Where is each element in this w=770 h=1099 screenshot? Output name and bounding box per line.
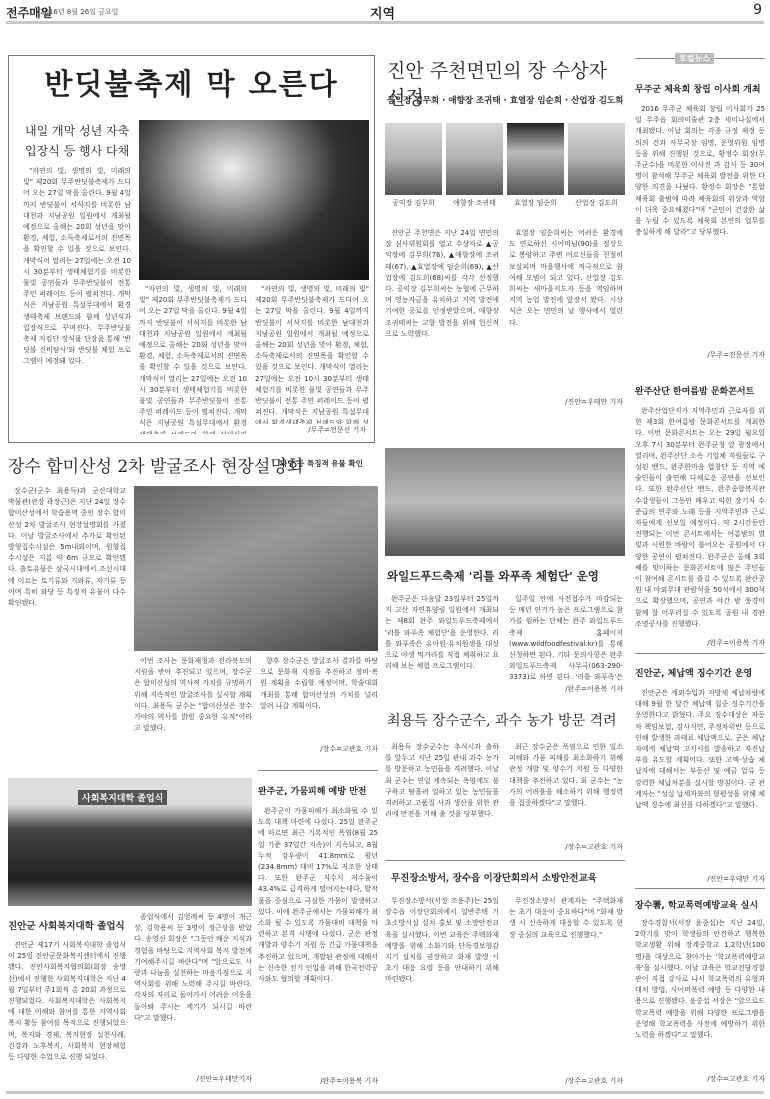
article-headline: 와일드푸드축제 '리틀 와푸족 체험단' 운영 xyxy=(387,568,599,584)
article-drought: 완주군, 가뭄피해 예방 만전 완주군이 가뭄피해가 최소화될 수 있도록 대책… xyxy=(258,764,378,1090)
article-body: "자연의 빛, 생명의 빛, 미래의 빛" 제20회 무주반딧불축제가 드디어 … xyxy=(23,166,131,436)
bottom-rule xyxy=(6,1091,764,1094)
article-body: 효열장 임순희씨는 어려운 환경에도 연로하신 시어머님(90)을 정성으로 봉… xyxy=(509,228,623,398)
portrait-photo xyxy=(385,123,442,195)
divider xyxy=(635,653,765,654)
article-body: 일주일 안에 사전접수가 마감되는 등 매년 인기가 높은 프로그램으로 참가를… xyxy=(509,594,623,682)
article-jinan-award: 진안 주천면민의 장 수상자 선정 공익장 김무희 · 애향장 조귀태 · 효열… xyxy=(385,48,625,443)
portrait-caption: 효열장 임순희 xyxy=(507,198,564,208)
article-wildfood: 와일드푸드축제 '리틀 와푸족 체험단' 운영 완주군은 다음달 23일부터 2… xyxy=(385,448,625,698)
divider xyxy=(635,888,765,889)
portrait-caption: 애향장 조귀태 xyxy=(446,198,503,208)
article-subhead: 입장식 등 행사 다채 xyxy=(25,142,129,159)
article-welfare: 사회복지대학 졸업식 진안군 사회복지대학 졸업식 진안군 제17기 사회복지대… xyxy=(8,778,252,1090)
article-byline: /완주=이용복 기자 xyxy=(565,684,623,694)
article-subhead: 내일 개막 성년 자축 xyxy=(25,122,129,139)
portrait-caption: 공익장 김무희 xyxy=(385,198,442,208)
article-headline: 최용득 장수군수, 과수 농가 방문 격려 xyxy=(387,710,617,730)
article-headline: 진안군 사회복지대학 졸업식 xyxy=(8,918,125,932)
article-subhead: 와당 등 특징적 유물 확인 xyxy=(280,458,363,469)
article-byline: /장수=고관호 기자 xyxy=(565,842,623,852)
article-headline: 완주산단 한여름밤 문화콘서트 xyxy=(635,384,754,397)
article-byline: /진안=우태만 기자 xyxy=(707,874,765,884)
excavation-photo xyxy=(134,486,378,651)
top-rule xyxy=(6,21,764,24)
article-byline: /완주=이용복 기자 xyxy=(320,1076,378,1086)
page-number: 9 xyxy=(753,2,762,18)
local-news-label: 로컬뉴스 xyxy=(675,53,714,64)
portrait-photo xyxy=(507,123,564,195)
article-body: 진안군은 세외수입과 지방세 체납차량에 대해 9월 한 달간 체납액 집중 징… xyxy=(635,688,765,874)
article-byline: /장수=고관호 기자 xyxy=(565,1076,623,1086)
article-body: 완주군은 다음달 23일부터 25일까지 고산 자연휴양림 일원에서 개최되는 … xyxy=(385,594,499,702)
article-body: 장수경찰서(서장 윤중섭)는 지난 24일, 2학기를 맞이 학생들의 안전하고… xyxy=(635,918,765,1068)
divider xyxy=(258,770,378,771)
photo-banner: 사회복지대학 졸업식 xyxy=(78,790,167,805)
article-headline: 무주군 체육회 창립 이사회 개최 xyxy=(635,82,761,95)
article-byline: /완주=이용복 기자 xyxy=(707,638,765,648)
graduation-photo: 사회복지대학 졸업식 xyxy=(8,778,252,906)
article-byline: /무주=전문선 기자 xyxy=(308,425,366,435)
article-body: 최근 장수군은 폭염으로 인한 일소 피해와 가뭄 피해를 최소화하기 위해 관… xyxy=(509,742,623,842)
section-title: 지역 xyxy=(370,3,395,22)
article-headline: 무진장소방서, 장수읍 이장단회의서 소방안전교육 xyxy=(391,870,597,884)
article-byline: /무주=전문선 기자 xyxy=(707,350,765,360)
article-body: 진안군 제17기 사회복지대학 졸업식이 25일 진안군문화복지센터에서 진행됐… xyxy=(8,940,126,1090)
portrait-photo xyxy=(568,123,625,195)
firefly-photo xyxy=(139,120,369,280)
wildfood-photo xyxy=(385,448,625,556)
article-body: 최용득 장수군수는 추석시과 출하를 앞두고 지난 25일 관내 과수 농가를 … xyxy=(385,742,499,856)
article-body: 향후 장수군은 발굴조사 결과를 바탕으로 문화재 지정을 추진하고 정비·복원… xyxy=(260,656,378,744)
article-headline: 반딧불축제 막 오른다 xyxy=(9,62,374,103)
article-body: 장수군(군수 최용득)과 군산대학교 박물관(관장 곽장근)은 지난 24일 장… xyxy=(8,486,126,756)
article-body: 완주산업단지가 지역주민과 근로자를 위한 제3회 한여름밤 문화콘서트를 개최… xyxy=(635,406,765,636)
portrait-photo xyxy=(446,123,503,195)
portrait-row: 공익장 김무희 애향장 조귀태 효열장 임순희 산업장 김도희 xyxy=(385,123,625,208)
divider xyxy=(385,860,625,861)
article-byline: /장수=고관호 기자 xyxy=(707,1074,765,1084)
article-byline: /진안=우태만기자 xyxy=(196,1074,252,1084)
article-byline: /진안=우태만 기자 xyxy=(565,397,623,407)
article-body: 무진장소방서(서장 조용주)는 25일 장수읍 이장단회의에서 일반주택 기초소… xyxy=(385,896,499,1088)
article-body: "자연의 빛, 생명의 빛, 미래의 빛" 제20회 무주반딧불축제가 드디어 … xyxy=(255,284,369,424)
article-body: 진안군 주천면은 지난 24일 면민의 장 심사위원회를 열고 수상자로 ▲공익… xyxy=(385,228,499,408)
article-byline: /장수=고관호 기자 xyxy=(320,744,378,754)
article-headline: 완주군, 가뭄피해 예방 만전 xyxy=(258,784,366,797)
article-body: 무진장소방서 관계자는 "주택화재는 초기 대응이 중요하다"며 "화재 발생 … xyxy=(509,896,623,1046)
article-subhead: 공익장 김무희 · 애향장 조귀태 · 효열장 임순희 · 산업장 김도희 xyxy=(387,94,623,106)
article-body: 완주군이 가뭄피해가 최소화될 수 있도록 대책 마련에 나섰다. 25일 완주… xyxy=(258,806,378,1072)
issue-date: 2016년 8월 26일 금요일 xyxy=(40,7,118,17)
article-body: "자연의 빛, 생명의 빛, 미래의 빛" 제20회 무주반딧불축제가 드디어 … xyxy=(139,284,247,434)
right-column: 로컬뉴스 무주군 체육회 창립 이사회 개최 2016 무주군 체육회 창립 이… xyxy=(635,48,765,1088)
article-headline: 진안군, 체납액 징수기간 운영 xyxy=(635,666,752,679)
article-hapmi: 장수 합미산성 2차 발굴조사 현장설명회 와당 등 특징적 유물 확인 장수군… xyxy=(8,448,378,758)
article-bandi: 반딧불축제 막 오른다 내일 개막 성년 자축 입장식 등 행사 다채 "자연의… xyxy=(8,55,375,443)
portrait-caption: 산업장 김도희 xyxy=(568,198,625,208)
article-body: 2016 무주군 체육회 창립 이사회가 25일 무주읍 회의미술관 2층 세미… xyxy=(635,104,765,350)
article-body: 이번 조사는 문화재청과 전라북도의 지원을 받아 추진되고 있으며, 장수군은… xyxy=(134,656,252,756)
article-fire-safety: 무진장소방서, 장수읍 이장단회의서 소방안전교육 무진장소방서(서장 조용주)… xyxy=(385,860,625,1090)
article-headline: 장수署, 학교폭력예방교육 실시 xyxy=(635,898,758,911)
article-headline: 장수 합미산성 2차 발굴조사 현장설명회 xyxy=(8,452,303,477)
article-choi-visit: 최용득 장수군수, 과수 농가 방문 격려 최용득 장수군수는 추석시과 출하를… xyxy=(385,708,625,858)
article-body: 졸업식에서 김영례씨 등 4명이 개근상, 김학용씨 등 3명이 정근상을 받았… xyxy=(134,912,252,1072)
